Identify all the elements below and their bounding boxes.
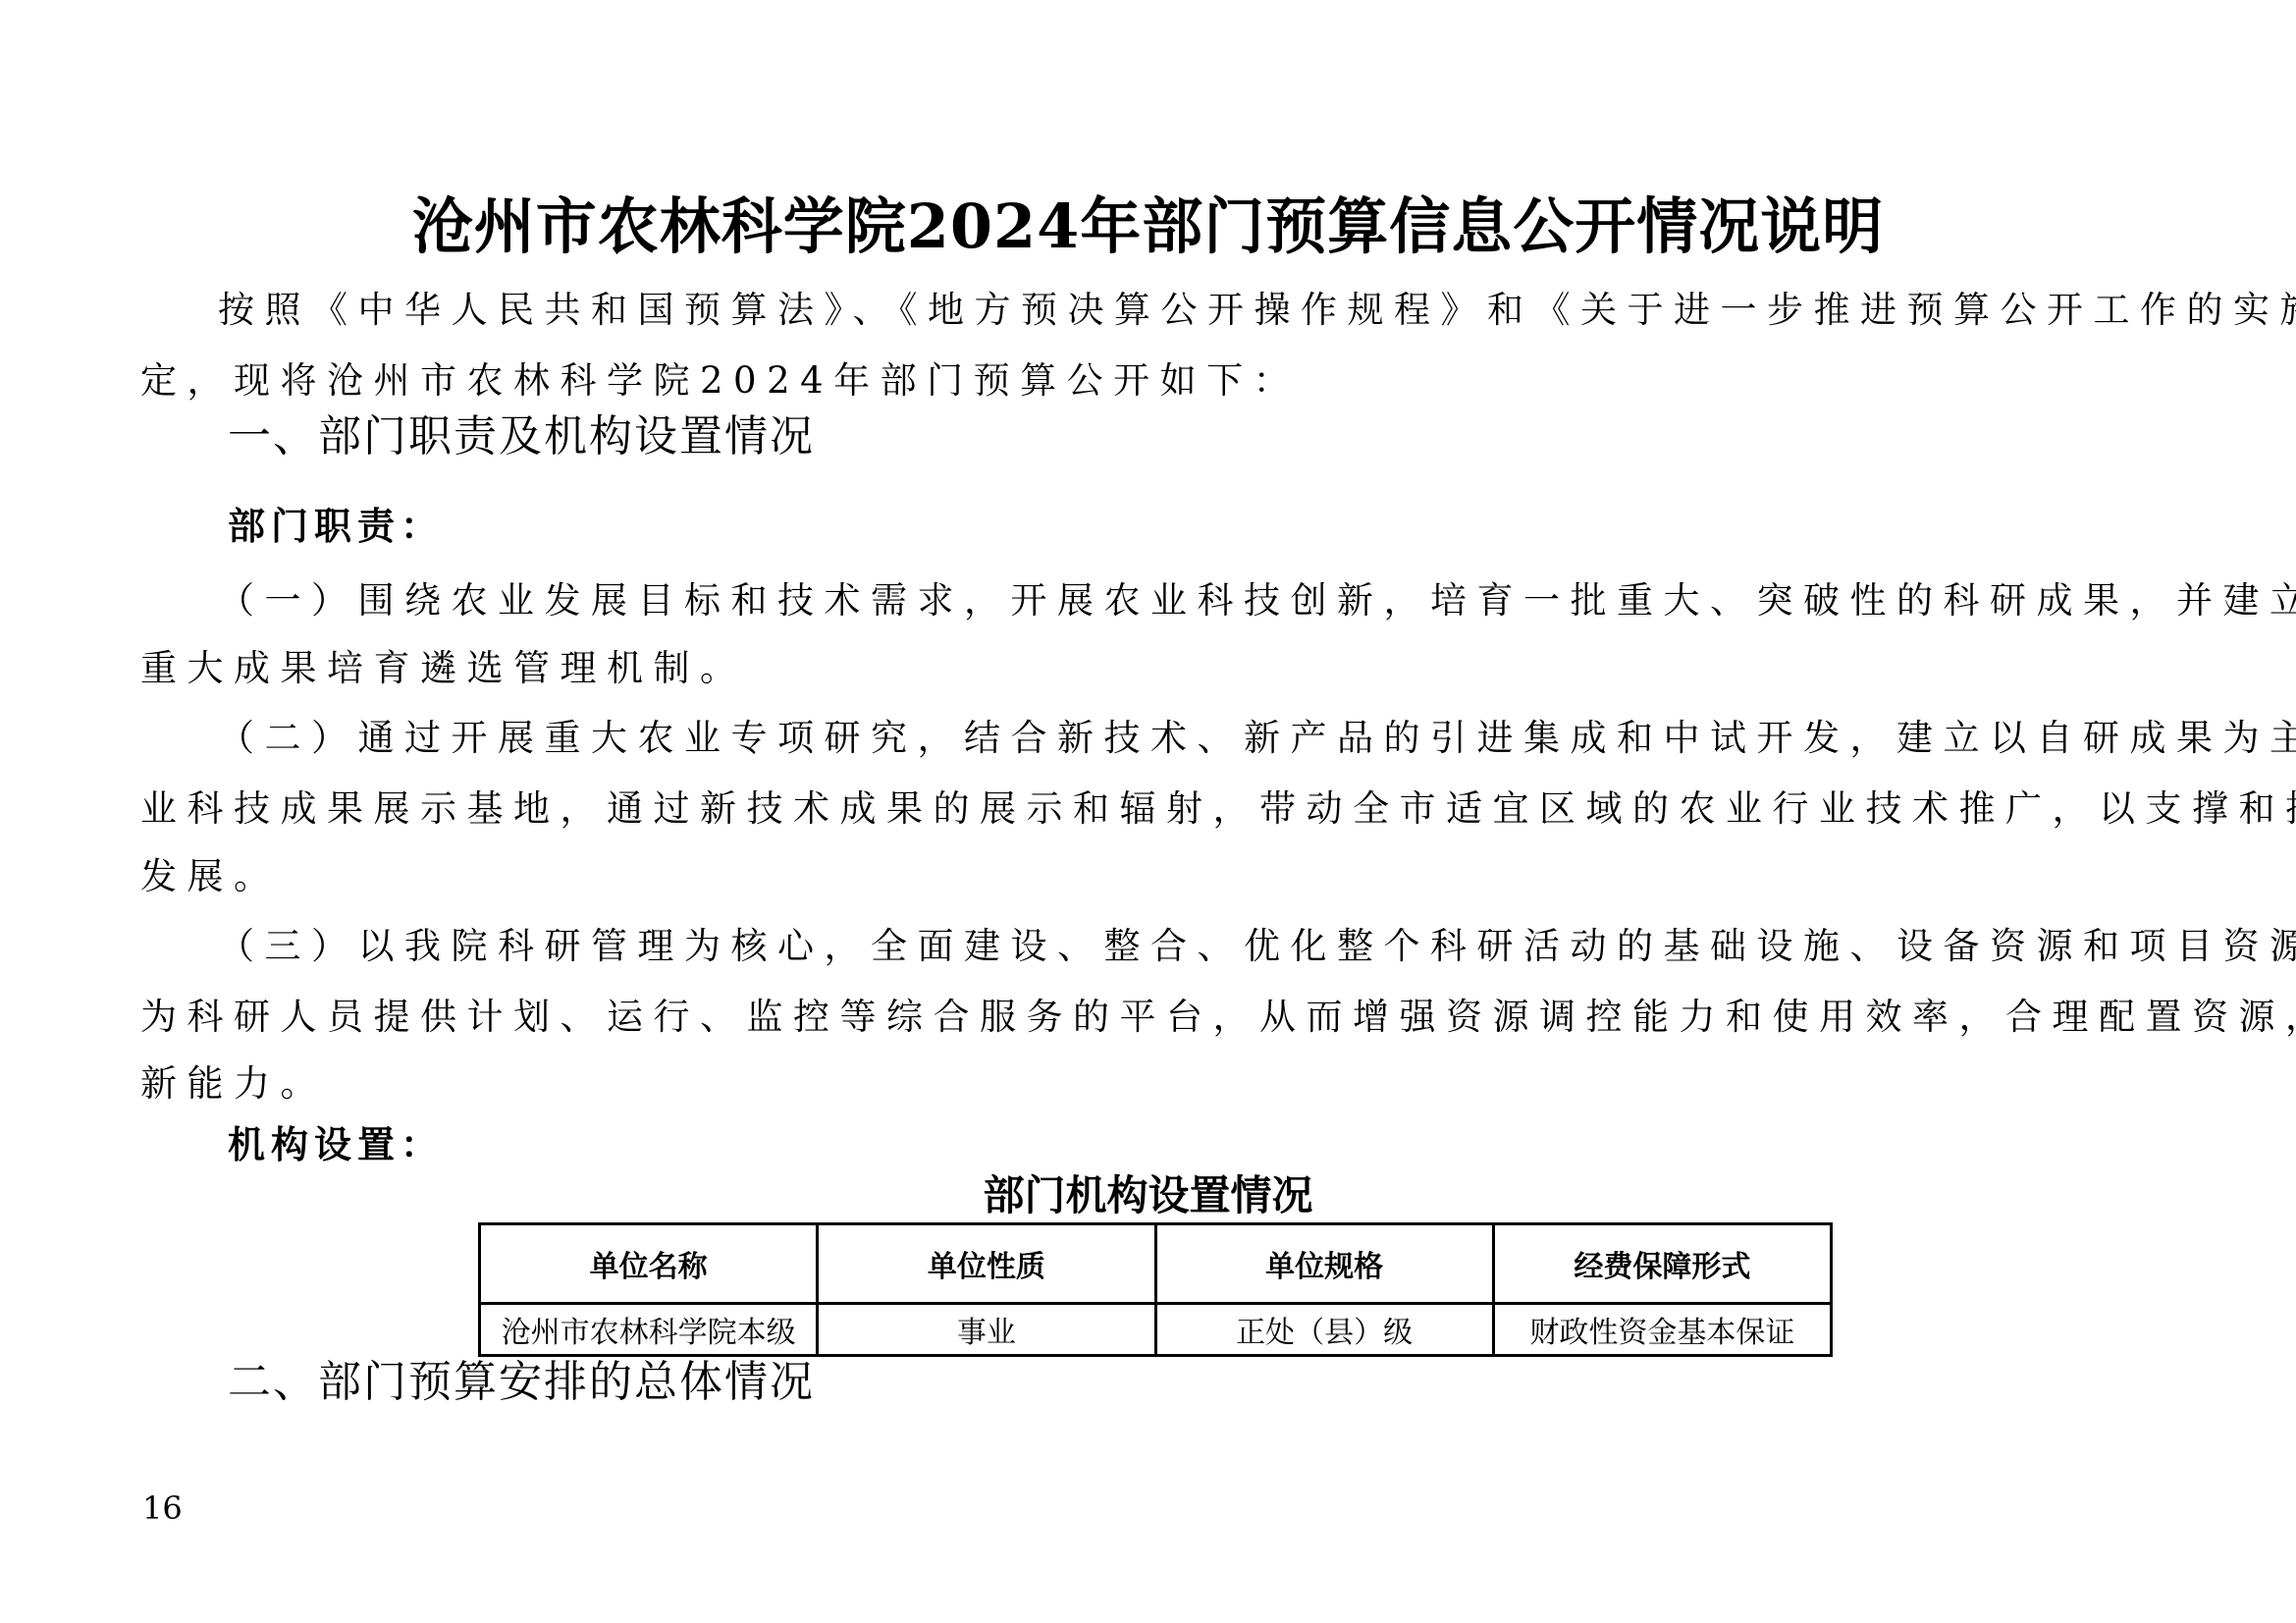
org-label: 机构设置： xyxy=(228,1120,444,1169)
duty-2-line-2: 业科技成果展示基地，通过新技术成果的展示和辐射，带动全市适宜区域的农业行业技术推… xyxy=(140,785,2296,833)
duties-label: 部门职责： xyxy=(228,502,444,551)
cell-funding-form: 财政性资金基本保证 xyxy=(1493,1304,1831,1356)
intro-line-2: 定，现将沧州市农林科学院2024年部门预算公开如下： xyxy=(140,357,1300,405)
section-2-heading: 二、部门预算安排的总体情况 xyxy=(228,1355,815,1410)
table-row: 沧州市农林科学院本级 事业 正处（县）级 财政性资金基本保证 xyxy=(480,1304,1832,1356)
column-header-unit-name: 单位名称 xyxy=(480,1224,818,1304)
section-1-heading: 一、部门职责及机构设置情况 xyxy=(228,409,815,464)
duty-2-line-1: （二）通过开展重大农业专项研究，结合新技术、新产品的引进集成和中试开发，建立以自… xyxy=(218,715,2296,762)
cell-unit-name: 沧州市农林科学院本级 xyxy=(480,1304,818,1356)
cell-unit-rank: 正处（县）级 xyxy=(1155,1304,1493,1356)
cell-unit-nature: 事业 xyxy=(818,1304,1155,1356)
duty-1-line-2: 重大成果培育遴选管理机制。 xyxy=(140,645,747,692)
duty-3-line-2: 为科研人员提供计划、运行、监控等综合服务的平台，从而增强资源调控能力和使用效率，… xyxy=(140,994,2296,1041)
column-header-unit-rank: 单位规格 xyxy=(1155,1224,1493,1304)
column-header-funding-form: 经费保障形式 xyxy=(1493,1224,1831,1304)
duty-2-line-3: 发展。 xyxy=(140,853,281,900)
table-caption: 部门机构设置情况 xyxy=(0,1170,2296,1221)
duty-1-line-1: （一）围绕农业发展目标和技术需求，开展农业科技创新，培育一批重大、突破性的科研成… xyxy=(218,577,2296,624)
page-number: 16 xyxy=(142,1490,183,1526)
org-table: 单位名称 单位性质 单位规格 经费保障形式 沧州市农林科学院本级 事业 正处（县… xyxy=(478,1222,1833,1357)
duty-3-line-1: （三）以我院科研管理为核心，全面建设、整合、优化整个科研活动的基础设施、设备资源… xyxy=(218,923,2296,970)
table-header-row: 单位名称 单位性质 单位规格 经费保障形式 xyxy=(480,1224,1832,1304)
duty-3-line-3: 新能力。 xyxy=(140,1060,327,1108)
column-header-unit-nature: 单位性质 xyxy=(818,1224,1155,1304)
intro-line-1: 按照《中华人民共和国预算法》、《地方预决算公开操作规程》和《关于进一步推进预算公… xyxy=(218,287,2296,334)
document-title: 沧州市农林科学院2024年部门预算信息公开情况说明 xyxy=(0,191,2296,262)
